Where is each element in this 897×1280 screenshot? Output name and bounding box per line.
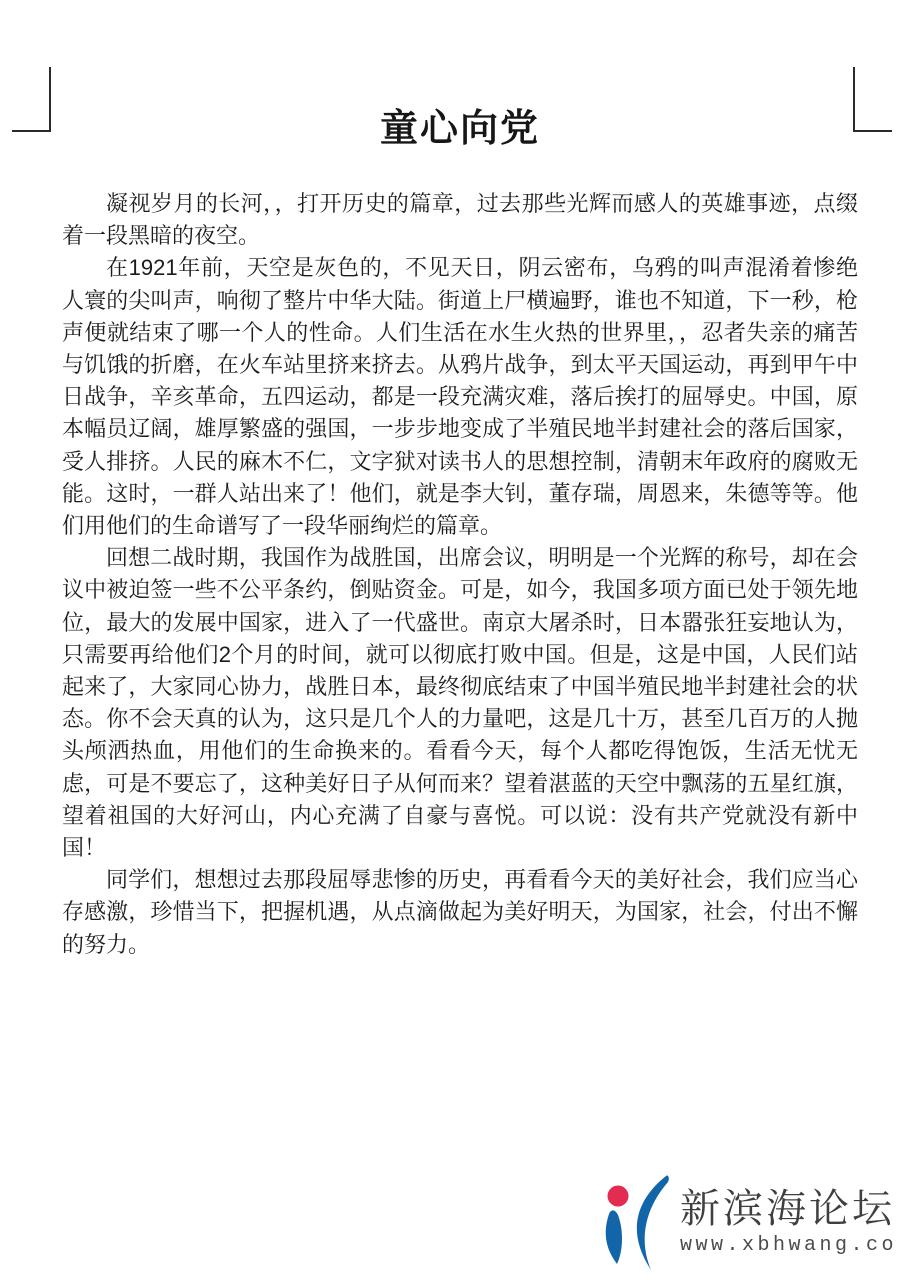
watermark-site-name: 新滨海论坛 — [680, 1186, 897, 1232]
logo-left-stroke — [606, 1210, 622, 1264]
paragraph-1: 凝视岁月的长河，，打开历史的篇章，过去那些光辉而感人的英雄事迹，点缀着一段黑暗的… — [62, 188, 858, 252]
document-title: 童心向党 — [62, 106, 858, 152]
logo-head-dot — [608, 1186, 629, 1207]
watermark: 新滨海论坛 www.xbhwang.com — [596, 1170, 886, 1270]
paragraph-4: 同学们，想想过去那段屈辱悲惨的历史，再看看今天的美好社会，我们应当心存感激，珍惜… — [62, 864, 858, 961]
paragraph-3: 回想二战时期，我国作为战胜国，出席会议，明明是一个光辉的称号，却在会议中被迫签一… — [62, 542, 858, 864]
paragraph-2: 在1921年前，天空是灰色的，不见天日，阴云密布，乌鸦的叫声混淆着惨绝人寰的尖叫… — [62, 252, 858, 542]
watermark-text: 新滨海论坛 www.xbhwang.com — [680, 1170, 897, 1258]
text-boundary-mark-top-left — [12, 67, 51, 132]
document-body: 童心向党 凝视岁月的长河，，打开历史的篇章，过去那些光辉而感人的英雄事迹，点缀着… — [62, 106, 858, 961]
document-page: 童心向党 凝视岁月的长河，，打开历史的篇章，过去那些光辉而感人的英雄事迹，点缀着… — [0, 0, 897, 1280]
text-boundary-mark-top-right — [853, 67, 892, 132]
watermark-site-url: www.xbhwang.com — [680, 1234, 897, 1258]
logo-right-stroke — [637, 1175, 669, 1270]
forum-logo-icon — [596, 1170, 672, 1270]
